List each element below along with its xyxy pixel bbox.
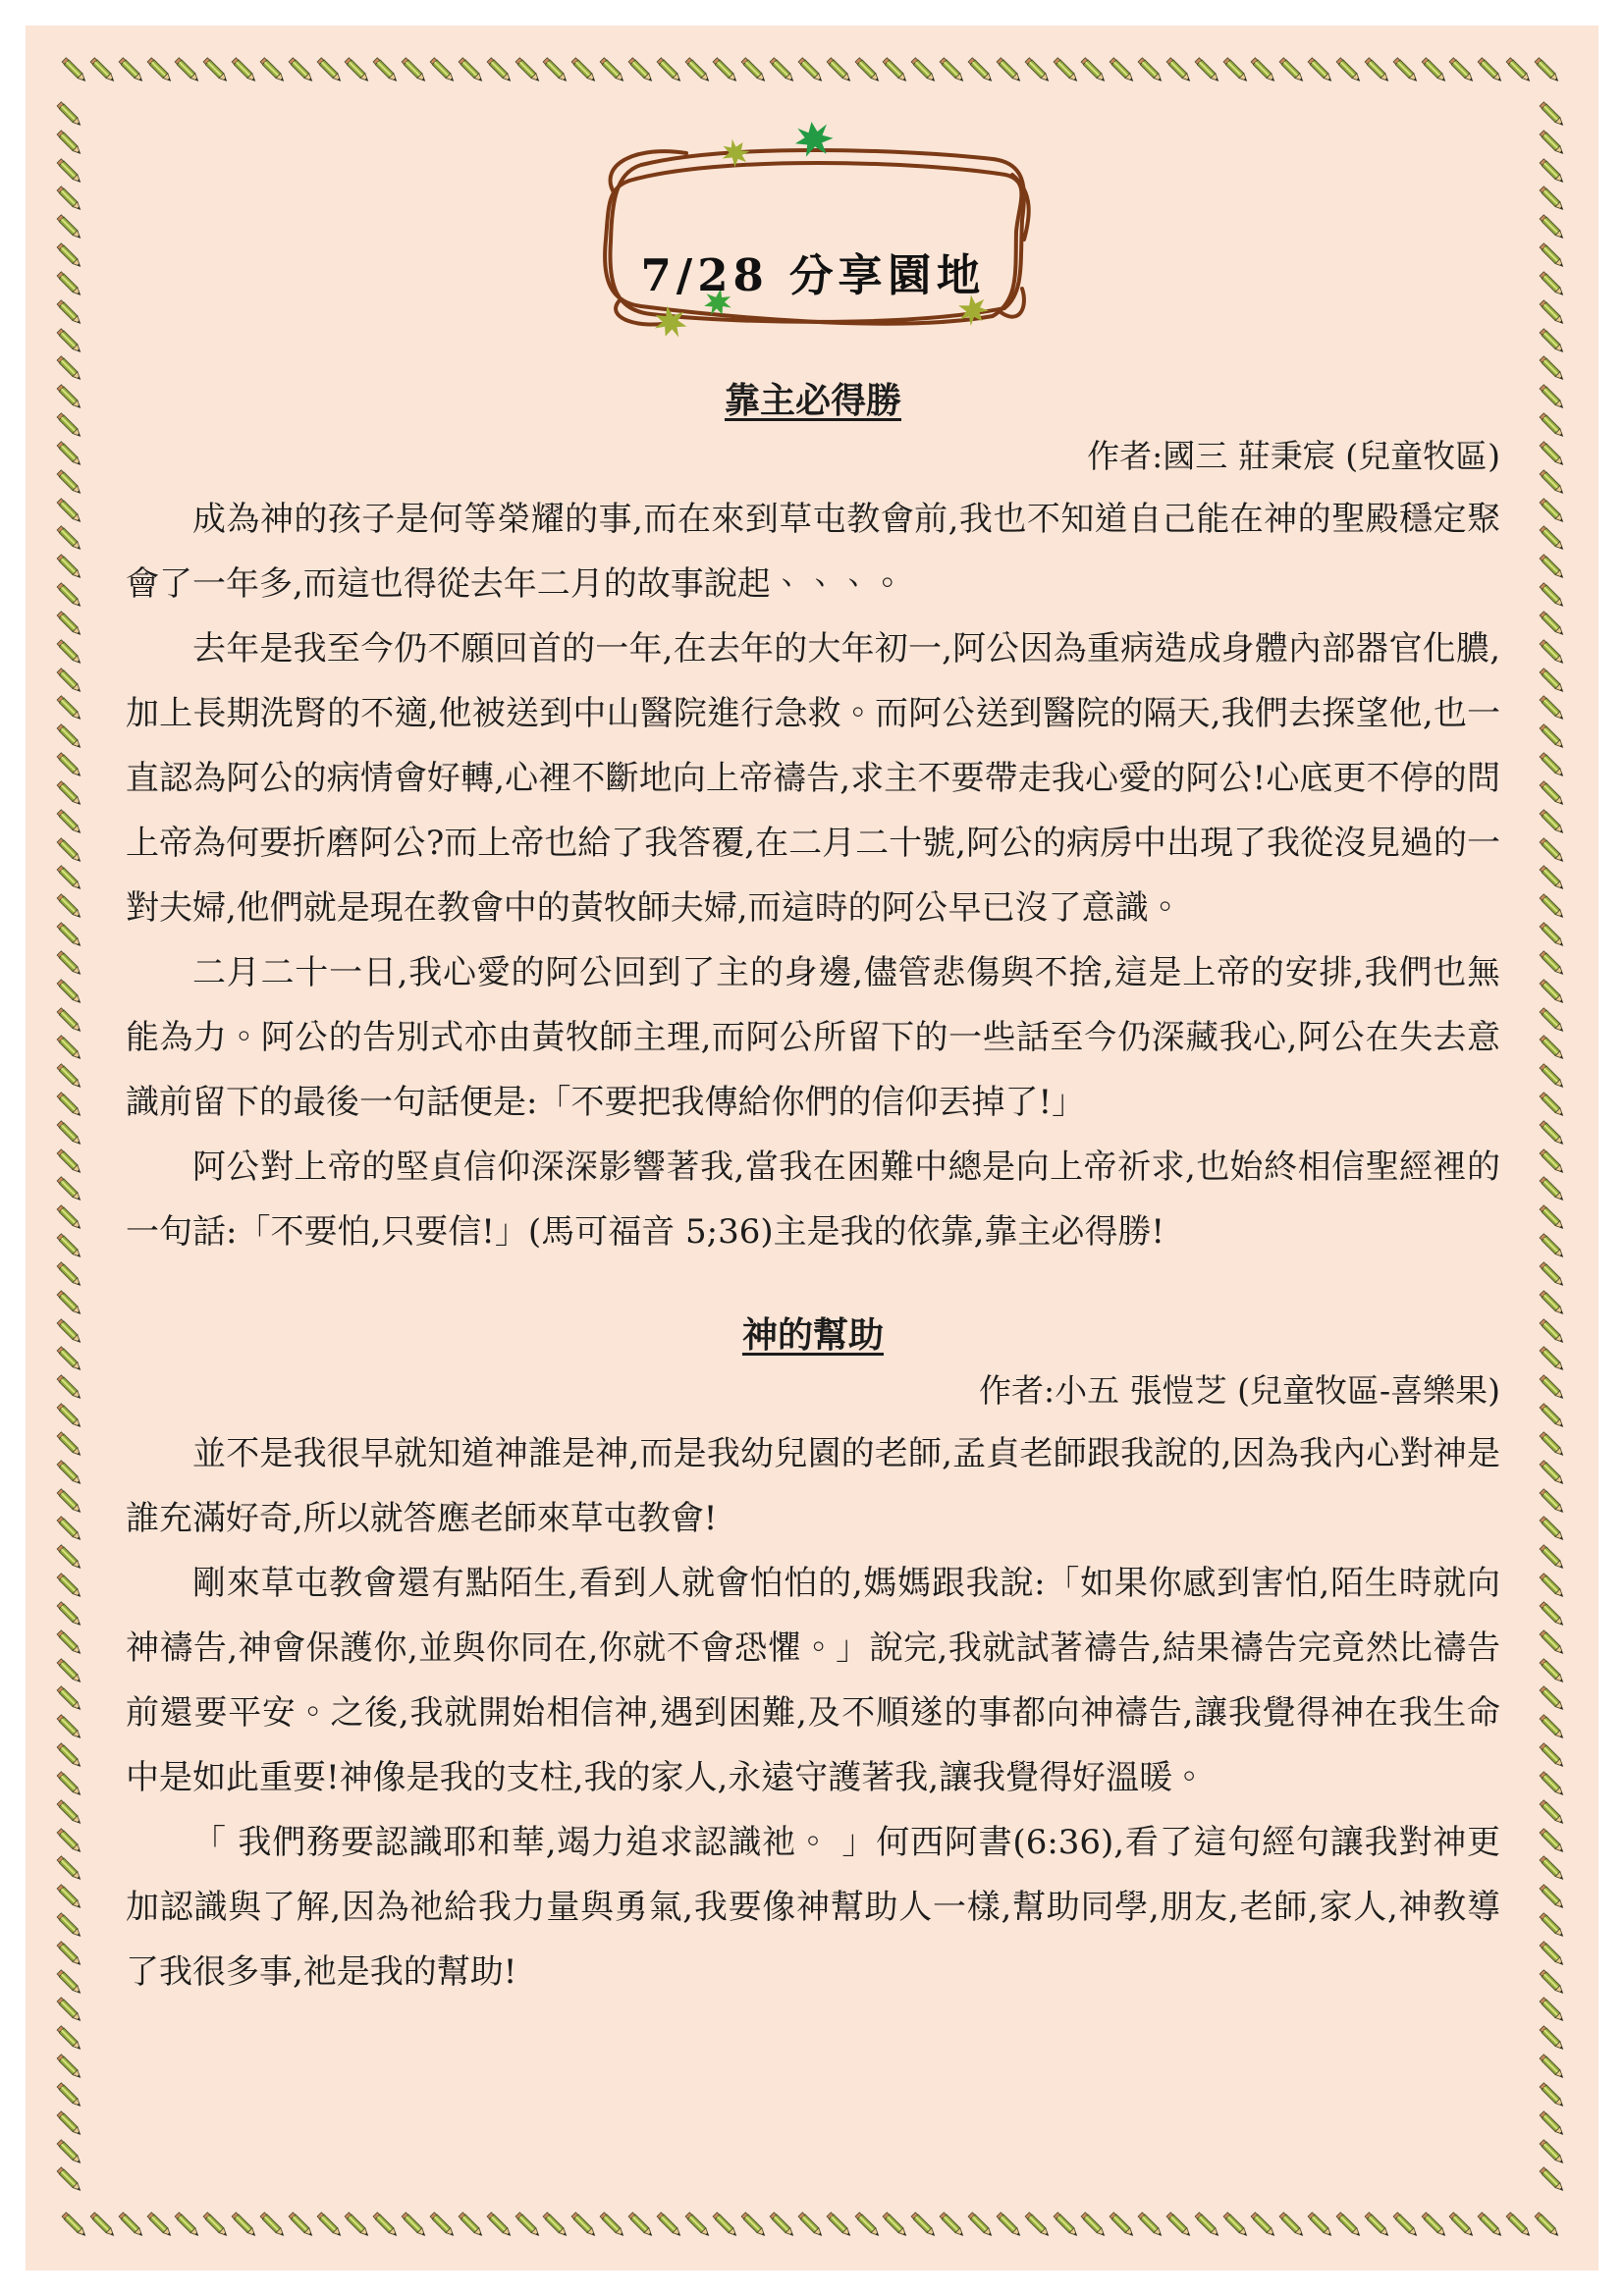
article-1: 靠主必得勝 作者:國三 莊秉宸 (兒童牧區) 成為神的孩子是何等榮耀的事,而在來…	[126, 373, 1500, 1264]
article-2-title: 神的幫助	[126, 1308, 1500, 1358]
article-2-paragraph: 並不是我很早就知道神誰是神,而是我幼兒園的老師,孟貞老師跟我說的,因為我內心對神…	[126, 1421, 1500, 1551]
pencil-icon	[1530, 2208, 1566, 2244]
article-1-paragraph: 去年是我至今仍不願回首的一年,在去年的大年初一,阿公因為重病造成身體內部器官化膿…	[126, 616, 1500, 940]
article-1-paragraph: 二月二十一日,我心愛的阿公回到了主的身邊,儘管悲傷與不捨,這是上帝的安排,我們也…	[126, 940, 1500, 1135]
page-content: 7/28 分享園地 靠主必得勝 作者:國三 莊秉宸 (兒童牧區) 成為神的孩子是…	[126, 106, 1500, 2004]
article-2-paragraph: 「 我們務要認識耶和華,竭力追求認識祂。 」何西阿書(6:36),看了這句經句讓…	[126, 1810, 1500, 2004]
article-2-author: 作者:小五 張愷芝 (兒童牧區-喜樂果)	[126, 1365, 1500, 1412]
article-1-title: 靠主必得勝	[126, 373, 1500, 423]
pencil-icon	[53, 2163, 89, 2199]
article-1-paragraph: 成為神的孩子是何等榮耀的事,而在來到草屯教會前,我也不知道自己能在神的聖殿穩定聚…	[126, 487, 1500, 616]
article-1-paragraph: 阿公對上帝的堅貞信仰深深影響著我,當我在困難中總是向上帝祈求,也始終相信聖經裡的…	[126, 1135, 1500, 1264]
title-frame-drawing	[580, 124, 1046, 347]
pencil-icon	[1530, 53, 1566, 89]
pencil-icon	[1536, 2163, 1572, 2199]
pencil-border-right	[1528, 102, 1579, 2194]
pencil-border-top	[63, 45, 1561, 96]
newsletter-page: 7/28 分享園地 靠主必得勝 作者:國三 莊秉宸 (兒童牧區) 成為神的孩子是…	[0, 0, 1624, 2296]
article-2-paragraph: 剛來草屯教會還有點陌生,看到人就會怕怕的,媽媽跟我說:「如果你感到害怕,陌生時就…	[126, 1551, 1500, 1810]
page-title: 7/28 分享園地	[580, 240, 1046, 303]
article-1-author: 作者:國三 莊秉宸 (兒童牧區)	[126, 431, 1500, 477]
pencil-border-left	[45, 102, 96, 2194]
title-frame: 7/28 分享園地	[580, 124, 1046, 347]
article-2: 神的幫助 作者:小五 張愷芝 (兒童牧區-喜樂果) 並不是我很早就知道神誰是神,…	[126, 1308, 1500, 2004]
pencil-border-bottom	[63, 2200, 1561, 2251]
